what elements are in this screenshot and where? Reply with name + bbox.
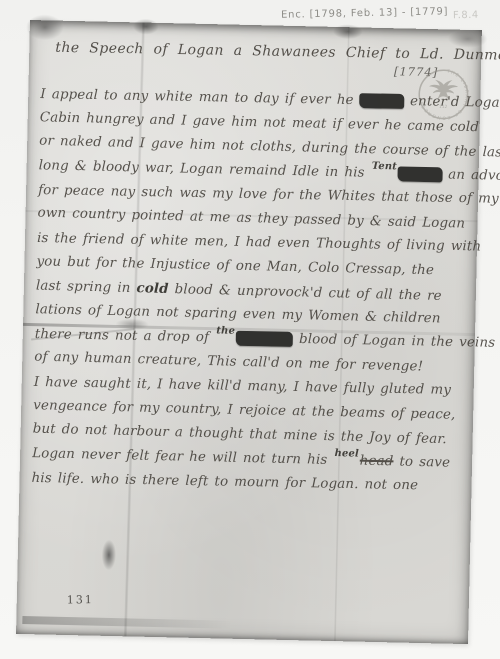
paper-smudge — [333, 24, 363, 40]
text-segment: there runs not a drop of — [35, 327, 216, 345]
text-segment: heel — [334, 442, 359, 467]
manuscript-scan: Enc. [1798, Feb. 13] - [1779] F.8.4 the … — [0, 0, 500, 659]
text-segment: of any human creature, This call'd on me… — [34, 350, 423, 375]
text-segment: an advocate — [442, 167, 500, 184]
redacted-word: ▬▬▬▬ — [236, 331, 293, 347]
text-segment: the — [216, 319, 235, 343]
text-segment: I have saught it, I have kill'd many, I … — [34, 375, 452, 398]
text-segment: to save — [393, 454, 450, 470]
text-segment: lations of Logan not sparing even my Wom… — [35, 302, 441, 326]
shelf-mark-note: F.8.4 — [453, 10, 479, 21]
text-segment: blood & unprovock'd cut of all the re — [168, 282, 441, 304]
paper-smudge — [26, 14, 65, 41]
text-segment: his life. who is there left to mourn for… — [31, 471, 418, 493]
text-segment: blood of Logan in the veins — [293, 332, 495, 351]
text-segment: enter'd Logans — [404, 94, 500, 111]
text-segment: last spring in — [36, 279, 137, 297]
redacted-word: ▬▬▬ — [398, 166, 443, 182]
text-segment: long & bloody war, Logan remaind Idle in… — [39, 158, 371, 181]
redacted-word: ▬▬▬ — [359, 93, 404, 109]
manuscript-body: I appeal to any white man to day if ever… — [31, 82, 472, 500]
ink-blot — [102, 540, 117, 570]
text-segment: Tent — [372, 155, 398, 180]
text-segment: Logan never felt fear he will not turn h… — [32, 446, 334, 468]
text-segment: head — [360, 454, 394, 470]
paper-smudge — [22, 616, 232, 629]
paper-smudge — [133, 18, 159, 35]
document-title: the Speech of Logan a Shawanees Chief to… — [55, 40, 500, 64]
page-number: 131 — [67, 593, 94, 606]
text-segment: I appeal to any white man to day if ever… — [40, 87, 360, 108]
archival-pencil-note: Enc. [1798, Feb. 13] - [1779] — [281, 6, 449, 21]
paper-smudge — [447, 29, 487, 48]
manuscript-paper: the Speech of Logan a Shawanees Chief to… — [16, 20, 482, 644]
text-segment: cold — [136, 280, 169, 297]
